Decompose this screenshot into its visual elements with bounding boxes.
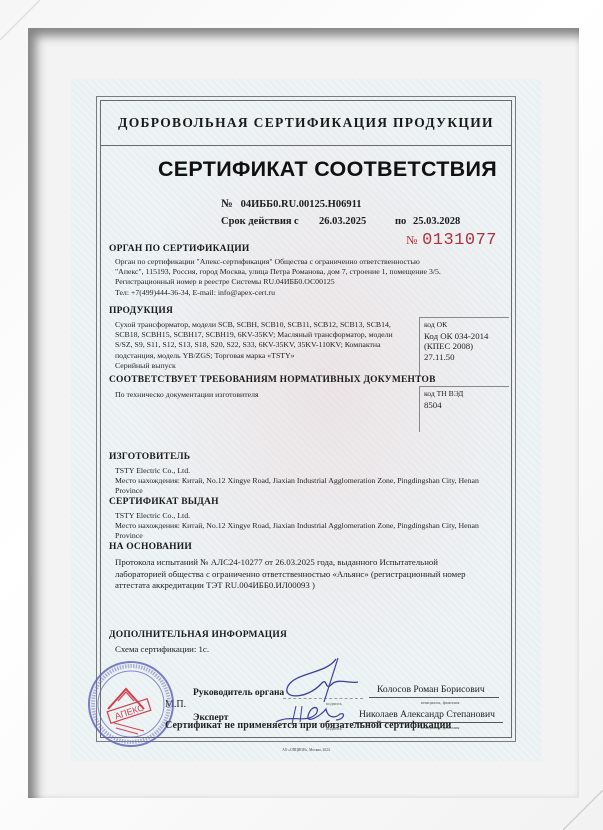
ok-code-line: Код ОК 034-2014: [424, 331, 509, 342]
issued-to-address: Место нахождения: Китай, No.12 Xingye Ro…: [115, 521, 479, 531]
section-title-conformity: СООТВЕТСТВУЕТ ТРЕБОВАНИЯМ НОРМАТИВНЫХ ДО…: [109, 375, 436, 385]
text-line: Протокола испытаний № АЛС24-10277 от 26.…: [115, 557, 466, 569]
printer-mark: АО «ОПЦИОН», Москва, 2024: [71, 748, 541, 752]
text-line: "Апекс", 115193, Россия, город Москва, у…: [115, 267, 441, 277]
tnved-code-label: код ТН ВЭД: [424, 389, 509, 400]
product-text: Сухой трансформатор, модели SCB, SCBH, S…: [115, 320, 393, 371]
issued-to-text: TSTY Electric Co., Ltd. Место нахождения…: [115, 511, 479, 542]
ok-code-line: (КПЕС 2008): [424, 341, 509, 352]
validity-from-label: с: [294, 216, 299, 227]
section-title-additional: ДОПОЛНИТЕЛЬНАЯ ИНФОРМАЦИЯ: [109, 630, 287, 640]
name-hint: инициалы, фамилия: [421, 700, 460, 705]
text-line: Тел: +7(499)444-36-34, E-mail: info@apex…: [115, 288, 441, 298]
document-inner-border: ДОБРОВОЛЬНАЯ СЕРТИФИКАЦИЯ ПРОДУКЦИИ СЕРТ…: [100, 100, 512, 738]
valid-from-date: 26.03.2025: [319, 216, 366, 227]
section-title-product: ПРОДУКЦИЯ: [109, 306, 173, 316]
header-title: ДОБРОВОЛЬНАЯ СЕРТИФИКАЦИЯ ПРОДУКЦИИ: [118, 115, 494, 131]
certification-body-text: Орган по сертификации "Апекс-сертификаци…: [115, 257, 441, 298]
manufacturer-name: TSTY Electric Co., Ltd.: [115, 466, 479, 476]
additional-text: Схема сертификации: 1с.: [115, 644, 209, 654]
text-line: Серийный выпуск: [115, 361, 393, 371]
expert-name: Николаев Александр Степанович: [359, 709, 495, 720]
tnved-code-value: 8504: [424, 400, 509, 411]
number-value: 04ИББ0.RU.00125.Н06911: [241, 199, 362, 210]
conformity-text: По техническо документации изготовителя: [115, 390, 259, 400]
validity-label: Срок действия: [221, 216, 292, 227]
manufacturer-address: Место нахождения: Китай, No.12 Xingye Ro…: [115, 476, 479, 486]
head-name: Колосов Роман Борисович: [377, 684, 485, 695]
text-line: Сухой трансформатор, модели SCB, SCBH, S…: [115, 320, 393, 330]
serial-value: 0131077: [422, 231, 497, 250]
document-border: ДОБРОВОЛЬНАЯ СЕРТИФИКАЦИЯ ПРОДУКЦИИ СЕРТ…: [96, 96, 516, 742]
head-name-line: [369, 697, 499, 698]
text-line: Орган по сертификации "Апекс-сертификаци…: [115, 257, 441, 267]
section-title-manufacturer: ИЗГОТОВИТЕЛЬ: [109, 452, 190, 462]
section-title-basis: НА ОСНОВАНИИ: [109, 542, 192, 552]
section-title-issued-to: СЕРТИФИКАТ ВЫДАН: [109, 497, 219, 507]
ok-code-box: код ОК Код ОК 034-2014 (КПЕС 2008) 27.11…: [419, 317, 509, 377]
text-line: S/SZ, S9, S11, S12, S13, S18, S20, S22, …: [115, 340, 393, 350]
certificate-title: СЕРТИФИКАТ СООТВЕТСТВИЯ: [101, 157, 503, 182]
ok-code-label: код ОК: [424, 320, 509, 331]
text-line: Регистрационный номер в реестре Системы …: [115, 277, 441, 287]
manufacturer-address: Province: [115, 486, 479, 496]
ok-code-line: 27.11.50: [424, 352, 509, 363]
validity-to-label: по: [395, 216, 406, 227]
issued-to-address: Province: [115, 531, 479, 541]
text-line: подстанция, модель YB/ZGS; Торговая марк…: [115, 351, 393, 361]
disclaimer-text: Сертификат не применяется при обязательн…: [165, 720, 451, 731]
valid-to-date: 25.03.2028: [413, 216, 460, 227]
apex-stamp-icon: АПЕКС: [86, 659, 176, 749]
svg-text:АПЕКС: АПЕКС: [113, 702, 145, 721]
serial-number: №0131077: [406, 231, 497, 250]
certificate-document: ДОБРОВОЛЬНАЯ СЕРТИФИКАЦИЯ ПРОДУКЦИИ СЕРТ…: [71, 79, 541, 761]
basis-text: Протокола испытаний № АЛС24-10277 от 26.…: [115, 557, 466, 592]
section-title-certification-body: ОРГАН ПО СЕРТИФИКАЦИИ: [109, 244, 250, 254]
header-band: ДОБРОВОЛЬНАЯ СЕРТИФИКАЦИЯ ПРОДУКЦИИ: [101, 101, 511, 146]
number-label: №: [221, 198, 233, 210]
text-line: лабораторией общества с ограниченно отве…: [115, 569, 466, 581]
text-line: SCB18, SCBH15, SCBH17, SCBH19, 6KV-35KV;…: [115, 330, 393, 340]
tnved-code-box: код ТН ВЭД 8504: [419, 386, 509, 432]
issued-to-name: TSTY Electric Co., Ltd.: [115, 511, 479, 521]
text-line: аттестата аккредитации ТЭТ RU.004ИББ0.ИЛ…: [115, 580, 466, 592]
certificate-number: №04ИББ0.RU.00125.Н06911: [221, 198, 362, 210]
manufacturer-text: TSTY Electric Co., Ltd. Место нахождения…: [115, 466, 479, 497]
serial-label: №: [406, 233, 418, 247]
